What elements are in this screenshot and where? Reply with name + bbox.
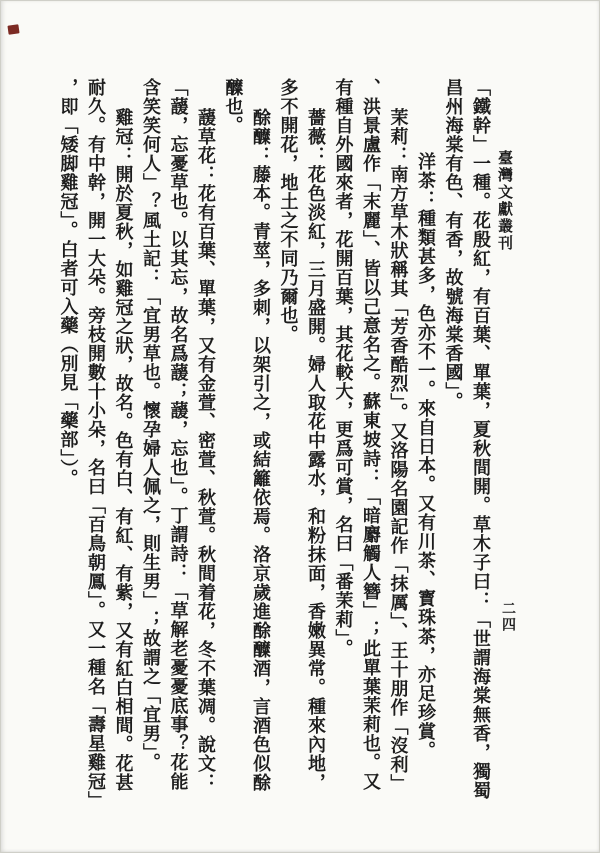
scanned-page: 臺灣文獻叢刊 二四 「鐵幹」一種。花殷紅，有百葉、單葉，夏秋間開。草木子曰：「世…: [0, 0, 600, 853]
ink-mark: [7, 24, 19, 34]
text-column-section-yangcha: 洋茶：種類甚多，色亦不一。來自日本。又有川茶、寳珠茶，亦足珍賞。: [412, 78, 440, 834]
text-column: 耐久。有中幹，開一大朵。旁枝開數十小朵，名曰「百鳥朝鳳」。又一種名「壽星雞冠」: [82, 78, 110, 834]
body-text-block: 「鐵幹」一種。花殷紅，有百葉、單葉，夏秋間開。草木子曰：「世謂海棠無香，獨蜀 昌…: [54, 78, 494, 834]
text-column: 含笑笑何人」？風土記：「宜男草也。懷孕婦人佩之，則生男」；故謂之「宜男」。: [137, 78, 165, 834]
text-column: 醾也。: [219, 78, 247, 834]
text-column: 昌州海棠有色、有香，故號海棠香國」。: [439, 78, 467, 834]
text-column: 多不開花，地土之不同乃爾也。: [274, 78, 302, 834]
text-column-section-jiguan: 雞冠：開於夏秋，如雞冠之狀，故名。色有白、有紅、有紫，又有紅白相間。花甚: [109, 78, 137, 834]
text-column: 、洪景盧作「末麗」、皆以己意名之。蘇東坡詩：「暗麝觸人簪」；此單葉茉莉也。又: [357, 78, 385, 834]
text-column: 有種自外國來者，花開百葉，其花較大，更爲可賞，名曰「番茉莉」。: [329, 78, 357, 834]
page-number: 二四: [497, 601, 517, 633]
text-column: 「鐵幹」一種。花殷紅，有百葉、單葉，夏秋間開。草木子曰：「世謂海棠無香，獨蜀: [467, 78, 495, 834]
text-column-section-tumi: 酴醾：藤本。青莖，多刺，以架引之，或結籬依焉。洛京歲進酴醾酒，言酒色似酴: [247, 78, 275, 834]
text-column: 「蘐，忘憂草也。以其忘，故名爲蘐；蘐，忘也」。丁謂詩：「草解老憂憂底事？花能: [164, 78, 192, 834]
text-column: ，即「矮脚雞冠」。白者可入藥（別見「藥部」）。: [54, 78, 82, 834]
text-column-section-xuancao: 蘐草花：花有百葉、單葉，又有金萱、密萱、秋萱。秋間着花，冬不葉凋。說文：: [192, 78, 220, 834]
text-column-section-moli: 茉莉：南方草木狀稱其「芳香酷烈」。又洛陽名園記作「抹厲」、王十朋作「沒利」: [384, 78, 412, 834]
running-head-title: 臺灣文獻叢刊: [494, 150, 515, 252]
text-column-section-qiangwei: 薔薇：花色淡紅，三月盛開。婦人取花中露水，和粉抹面，香嫩異常。種來內地，: [302, 78, 330, 834]
